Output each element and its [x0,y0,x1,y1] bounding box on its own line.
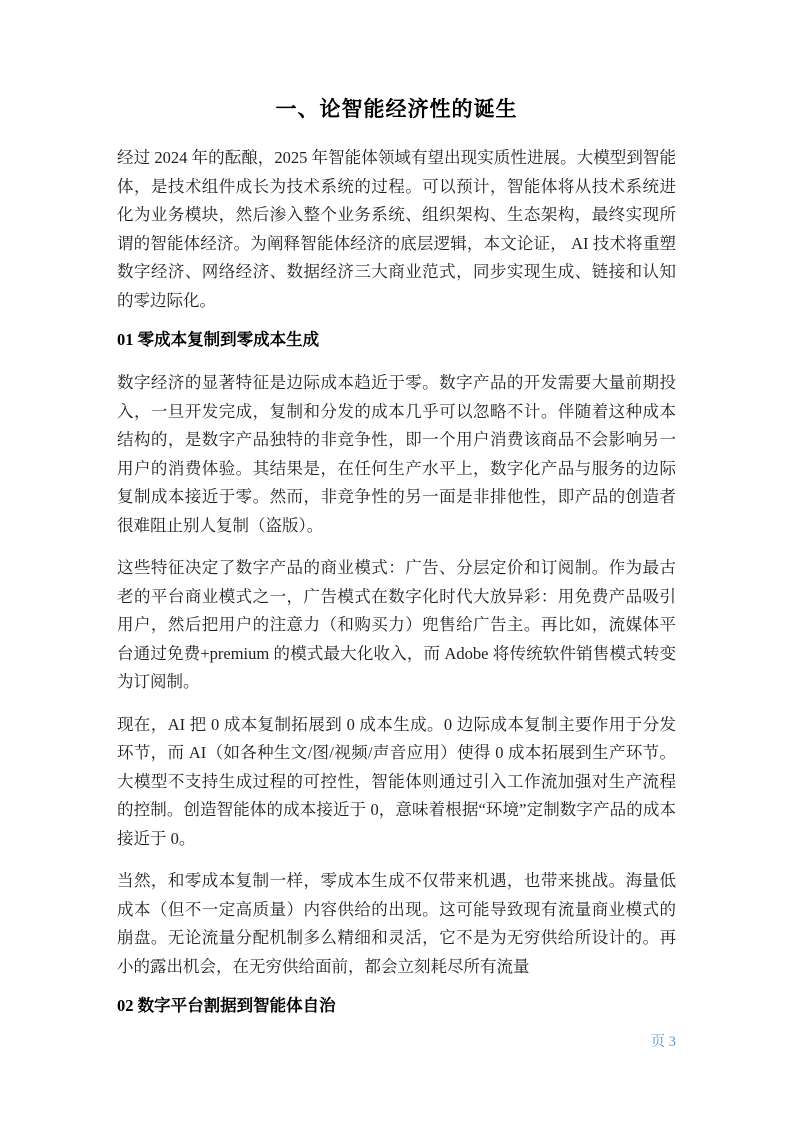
section-heading-02: 02 数字平台割据到智能体自治 [117,995,676,1017]
page-number: 页 3 [651,1032,676,1052]
document-page: 一、论智能经济性的诞生 经过 2024 年的酝酿，2025 年智能体领域有望出现… [0,0,793,1122]
section-01-paragraph-3: 现在，AI 把 0 成本复制拓展到 0 成本生成。0 边际成本复制主要作用于分发… [117,711,676,854]
section-01-paragraph-4: 当然，和零成本复制一样，零成本生成不仅带来机遇，也带来挑战。海量低成本（但不一定… [117,867,676,981]
page-title: 一、论智能经济性的诞生 [117,94,676,124]
section-01-paragraph-1: 数字经济的显著特征是边际成本趋近于零。数字产品的开发需要大量前期投入，一旦开发完… [117,369,676,540]
section-heading-01: 01 零成本复制到零成本生成 [117,329,676,351]
intro-paragraph: 经过 2024 年的酝酿，2025 年智能体领域有望出现实质性进展。大模型到智能… [117,144,676,315]
page-content: 一、论智能经济性的诞生 经过 2024 年的酝酿，2025 年智能体领域有望出现… [117,94,676,1035]
section-01-paragraph-2: 这些特征决定了数字产品的商业模式：广告、分层定价和订阅制。作为最古老的平台商业模… [117,554,676,697]
